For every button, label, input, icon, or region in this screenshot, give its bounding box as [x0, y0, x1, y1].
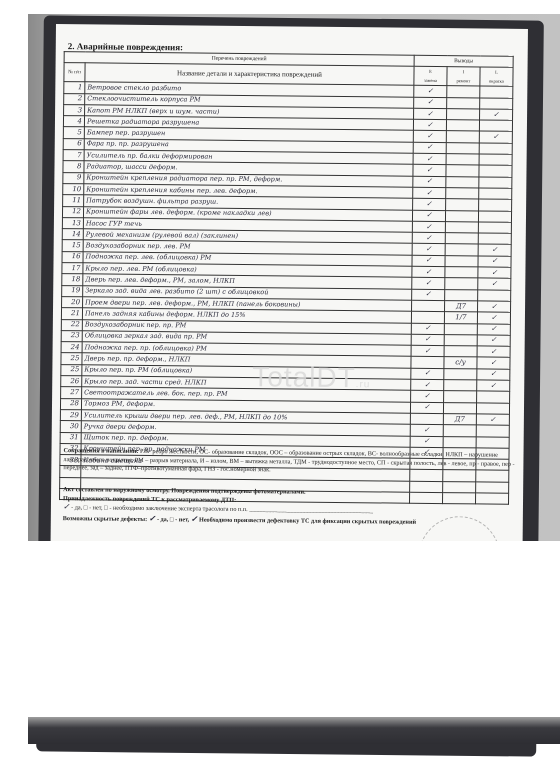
- row-replace-mark: ✓: [412, 232, 445, 244]
- watermark: TotalDT.ru: [252, 361, 370, 394]
- row-repair-mark: [447, 86, 480, 98]
- row-paint-mark: [479, 199, 512, 211]
- row-repair-mark: Д7: [443, 413, 476, 425]
- row-paint-mark: ✓: [478, 301, 511, 313]
- row-repair-mark: [446, 120, 479, 132]
- header-repair: I ремонт: [447, 67, 480, 86]
- row-paint-mark: [476, 425, 509, 437]
- row-paint-mark: [477, 391, 510, 403]
- row-replace-mark: [410, 413, 443, 425]
- row-paint-mark: [476, 403, 509, 415]
- row-paint-mark: [478, 290, 511, 302]
- header-num: № п/п: [64, 63, 85, 82]
- row-repair-mark: [444, 334, 477, 346]
- row-replace-mark: ✓: [413, 153, 446, 165]
- header-paint: L окраска: [480, 67, 513, 86]
- row-number: 24: [61, 342, 82, 354]
- row-paint-mark: ✓: [477, 369, 510, 381]
- checkbox-defect-checked[interactable]: ✓: [191, 513, 198, 523]
- row-repair-mark: [444, 380, 477, 392]
- row-paint-mark: [479, 154, 512, 166]
- row-paint-mark: [478, 233, 511, 245]
- row-replace-mark: ✓: [411, 345, 444, 357]
- row-paint-mark: [479, 177, 512, 189]
- row-paint-mark: ✓: [478, 256, 511, 268]
- row-number: 16: [62, 251, 83, 263]
- row-replace-mark: ✓: [413, 187, 446, 199]
- row-paint-mark: ✓: [479, 131, 512, 143]
- defect-inspection-label: Необходимо произвести дефектовку ТС для …: [199, 516, 416, 525]
- document-page: 2. Аварийные повреждения: Перечень повре…: [51, 24, 528, 549]
- row-replace-mark: ✓: [413, 176, 446, 188]
- row-number: 7: [63, 150, 84, 162]
- row-number: 25: [61, 364, 82, 376]
- row-repair-mark: [445, 278, 478, 290]
- row-number: 23: [61, 330, 82, 342]
- row-paint-mark: [478, 210, 511, 222]
- row-repair-mark: [446, 199, 479, 211]
- row-repair-mark: [443, 425, 476, 437]
- row-repair-mark: [446, 131, 479, 143]
- row-number: 4: [63, 116, 84, 128]
- paint-label: окраска: [482, 77, 510, 86]
- row-replace-mark: ✓: [412, 255, 445, 267]
- row-repair-mark: [446, 176, 479, 188]
- row-number: 31: [60, 432, 81, 444]
- row-paint-mark: ✓: [476, 414, 509, 426]
- redacted-area: [28, 541, 560, 717]
- row-number: 15: [62, 240, 83, 252]
- folder-bottom-edge: [28, 717, 560, 744]
- row-repair-mark: [446, 154, 479, 166]
- abbreviations-label: Сокращения в написании:: [63, 447, 138, 455]
- row-paint-mark: [479, 120, 512, 132]
- repair-label: ремонт: [449, 76, 477, 85]
- row-replace-mark: ✓: [411, 391, 444, 403]
- replace-label: замена: [416, 76, 444, 85]
- row-number: 19: [62, 285, 83, 297]
- row-paint-mark: [480, 98, 513, 110]
- replace-code: E: [416, 67, 444, 76]
- row-number: 5: [63, 127, 84, 139]
- watermark-text: TotalDT: [252, 361, 356, 393]
- row-repair-mark: [446, 142, 479, 154]
- row-number: 18: [62, 274, 83, 286]
- row-paint-mark: ✓: [477, 323, 510, 335]
- row-paint-mark: [478, 222, 511, 234]
- abbreviations-note: Сокращения в написании: РЖ- ребро жестко…: [63, 447, 518, 477]
- row-repair-mark: [444, 368, 477, 380]
- row-number: 26: [61, 376, 82, 388]
- row-replace-mark: ✓: [413, 199, 446, 211]
- row-paint-mark: ✓: [477, 312, 510, 324]
- row-replace-mark: ✓: [414, 108, 447, 120]
- row-number: 8: [63, 161, 84, 173]
- row-paint-mark: ✓: [478, 244, 511, 256]
- row-number: 29: [60, 409, 81, 421]
- option-no-label: □ - нет,: [84, 505, 103, 512]
- row-repair-mark: [444, 346, 477, 358]
- row-repair-mark: [445, 289, 478, 301]
- row-paint-mark: ✓: [480, 109, 513, 121]
- row-repair-mark: [445, 210, 478, 222]
- row-replace-mark: ✓: [412, 210, 445, 222]
- row-paint-mark: [476, 436, 509, 448]
- checkbox-yes-checked[interactable]: ✓: [63, 502, 70, 511]
- row-replace-mark: ✓: [412, 278, 445, 290]
- row-number: 21: [61, 308, 82, 320]
- option-expert-label: □ - необходимо заключение эксперта трасо…: [104, 505, 248, 514]
- row-number: 25: [61, 353, 82, 365]
- row-paint-mark: [479, 188, 512, 200]
- row-replace-mark: ✓: [410, 424, 443, 436]
- damage-rows: 1Ветровое стекло разбито✓2Стеклоочистите…: [60, 82, 513, 505]
- row-repair-mark: [446, 165, 479, 177]
- row-number: 1: [64, 82, 85, 94]
- row-number: 28: [60, 398, 81, 410]
- row-paint-mark: ✓: [477, 357, 510, 369]
- row-repair-mark: [446, 188, 479, 200]
- row-replace-mark: ✓: [412, 289, 445, 301]
- row-repair-mark: с/у: [444, 357, 477, 369]
- damage-table: Перечень повреждений Выводы № п/п Назван…: [59, 51, 514, 505]
- row-paint-mark: ✓: [477, 346, 510, 358]
- row-replace-mark: ✓: [414, 97, 447, 109]
- row-repair-mark: [444, 391, 477, 403]
- row-number: 2: [64, 93, 85, 105]
- row-number: 3: [64, 104, 85, 116]
- row-replace-mark: ✓: [413, 131, 446, 143]
- row-replace-mark: ✓: [412, 266, 445, 278]
- row-paint-mark: [479, 165, 512, 177]
- row-replace-mark: [411, 357, 444, 369]
- row-number: 14: [62, 229, 83, 241]
- row-repair-mark: [443, 436, 476, 448]
- repair-code: I: [449, 67, 477, 76]
- row-replace-mark: [411, 311, 444, 323]
- row-paint-mark: ✓: [478, 278, 511, 290]
- row-paint-mark: [479, 143, 512, 155]
- row-repair-mark: [447, 97, 480, 109]
- checkbox-hidden-yes-checked[interactable]: ✓: [149, 513, 156, 523]
- row-repair-mark: Д7: [445, 301, 478, 313]
- row-replace-mark: ✓: [413, 142, 446, 154]
- row-repair-mark: 1/7: [444, 312, 477, 324]
- row-repair-mark: [445, 233, 478, 245]
- row-number: 9: [63, 172, 84, 184]
- row-replace-mark: ✓: [413, 165, 446, 177]
- watermark-domain: .ru: [356, 379, 371, 390]
- row-replace-mark: ✓: [413, 119, 446, 131]
- row-number: 12: [62, 206, 83, 218]
- row-number: 27: [61, 387, 82, 399]
- paint-code: L: [482, 68, 510, 77]
- row-replace-mark: ✓: [411, 368, 444, 380]
- row-number: 10: [63, 184, 84, 196]
- row-number: 20: [62, 297, 83, 309]
- row-number: 11: [63, 195, 84, 207]
- row-number: 22: [61, 319, 82, 331]
- hidden-no-label: □ - нет,: [170, 516, 189, 523]
- row-paint-mark: [480, 86, 513, 98]
- row-number: 17: [62, 263, 83, 275]
- row-replace-mark: ✓: [411, 379, 444, 391]
- row-replace-mark: ✓: [412, 221, 445, 233]
- option-yes-label: - да,: [71, 504, 82, 511]
- row-paint-mark: ✓: [477, 380, 510, 392]
- row-repair-mark: [445, 255, 478, 267]
- row-replace-mark: ✓: [411, 323, 444, 335]
- row-repair-mark: [445, 267, 478, 279]
- row-replace-mark: ✓: [410, 436, 443, 448]
- row-repair-mark: [447, 108, 480, 120]
- row-replace-mark: ✓: [414, 86, 447, 98]
- hidden-defects-label: Возможны скрытые дефекты:: [63, 515, 147, 523]
- header-replace: E замена: [414, 67, 447, 86]
- row-replace-mark: ✓: [411, 334, 444, 346]
- row-repair-mark: [445, 244, 478, 256]
- row-repair-mark: [444, 323, 477, 335]
- row-replace-mark: ✓: [410, 402, 443, 414]
- row-paint-mark: ✓: [477, 335, 510, 347]
- row-replace-mark: ✓: [412, 244, 445, 256]
- row-number: 30: [60, 421, 81, 433]
- row-number: 6: [63, 138, 84, 150]
- row-number: 13: [62, 217, 83, 229]
- row-repair-mark: [445, 221, 478, 233]
- row-replace-mark: [412, 300, 445, 312]
- hidden-yes-label: - да,: [157, 516, 168, 523]
- row-paint-mark: ✓: [478, 267, 511, 279]
- row-repair-mark: [443, 402, 476, 414]
- expert-blank-line: ________________________________________: [249, 506, 373, 514]
